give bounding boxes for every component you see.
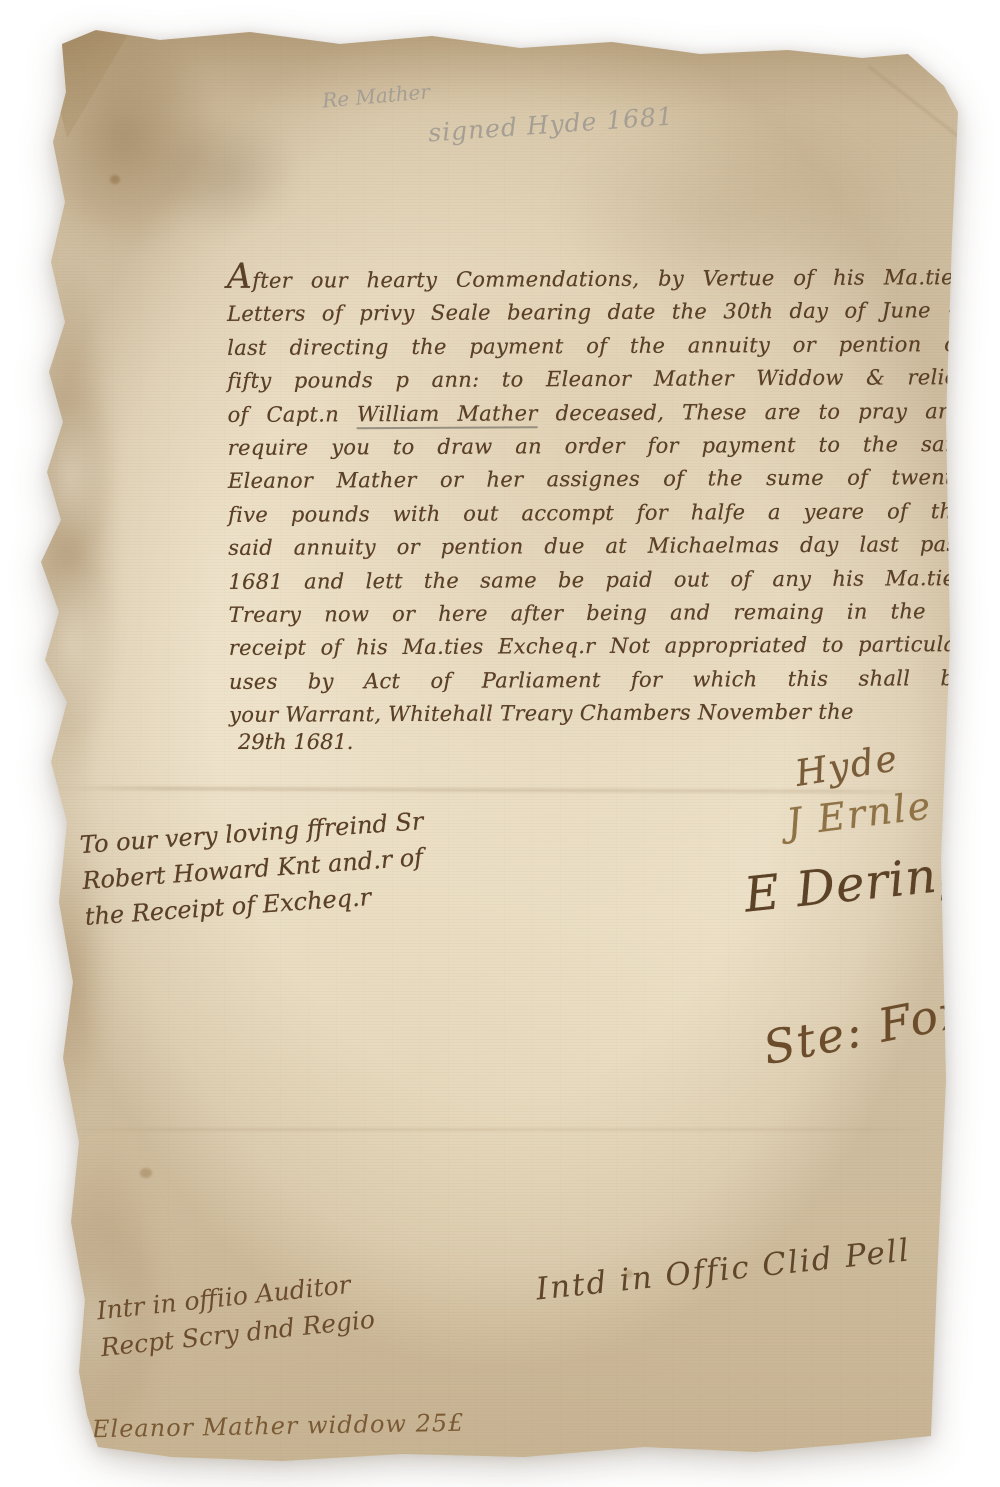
letter-line: fifty pounds p ann: to Eleanor Mather Wi… — [227, 361, 965, 398]
manuscript-paper: Re Mather signed Hyde 1681 After our hea… — [0, 0, 1000, 1487]
letter-line: last directing the payment of the annuit… — [227, 328, 965, 365]
paper-shadow: Re Mather signed Hyde 1681 After our hea… — [0, 0, 1000, 1487]
letter-line: your Warrant, Whitehall Treary Chambers … — [229, 695, 967, 732]
letter-line-underlined: of Capt.n William Mather deceased, These… — [227, 395, 965, 432]
letter-line: receipt of his Ma.ties Excheq.r Not appr… — [229, 629, 967, 666]
letter-line: Eleanor Mather or her assignes of the su… — [228, 462, 966, 499]
letter-body: After our hearty Commendations, by Vertu… — [227, 260, 967, 733]
letter-line: five pounds with out accompt for halfe a… — [228, 495, 966, 532]
letter-line: After our hearty Commendations, by Vertu… — [227, 260, 965, 298]
letter-line: said annuity or pention due at Michaelma… — [228, 528, 966, 565]
letter-line: require you to draw an order for payment… — [228, 428, 966, 465]
letter-line: Letters of privy Seale bearing date the … — [227, 294, 965, 331]
letter-line: Treary now or here after being and remai… — [229, 595, 967, 632]
pencil-underlined-name: William Mather — [357, 401, 538, 429]
letter-line: 1681 and lett the same be paid out of an… — [228, 562, 966, 599]
photo-background: Re Mather signed Hyde 1681 After our hea… — [0, 0, 1000, 1487]
letter-date-line: 29th 1681. — [238, 730, 353, 754]
letter-line-segment: deceased, These are to pray and — [538, 399, 966, 425]
letter-line-segment: of Capt.n — [228, 402, 357, 427]
letter-line: uses by Act of Parliament for which this… — [229, 662, 967, 699]
